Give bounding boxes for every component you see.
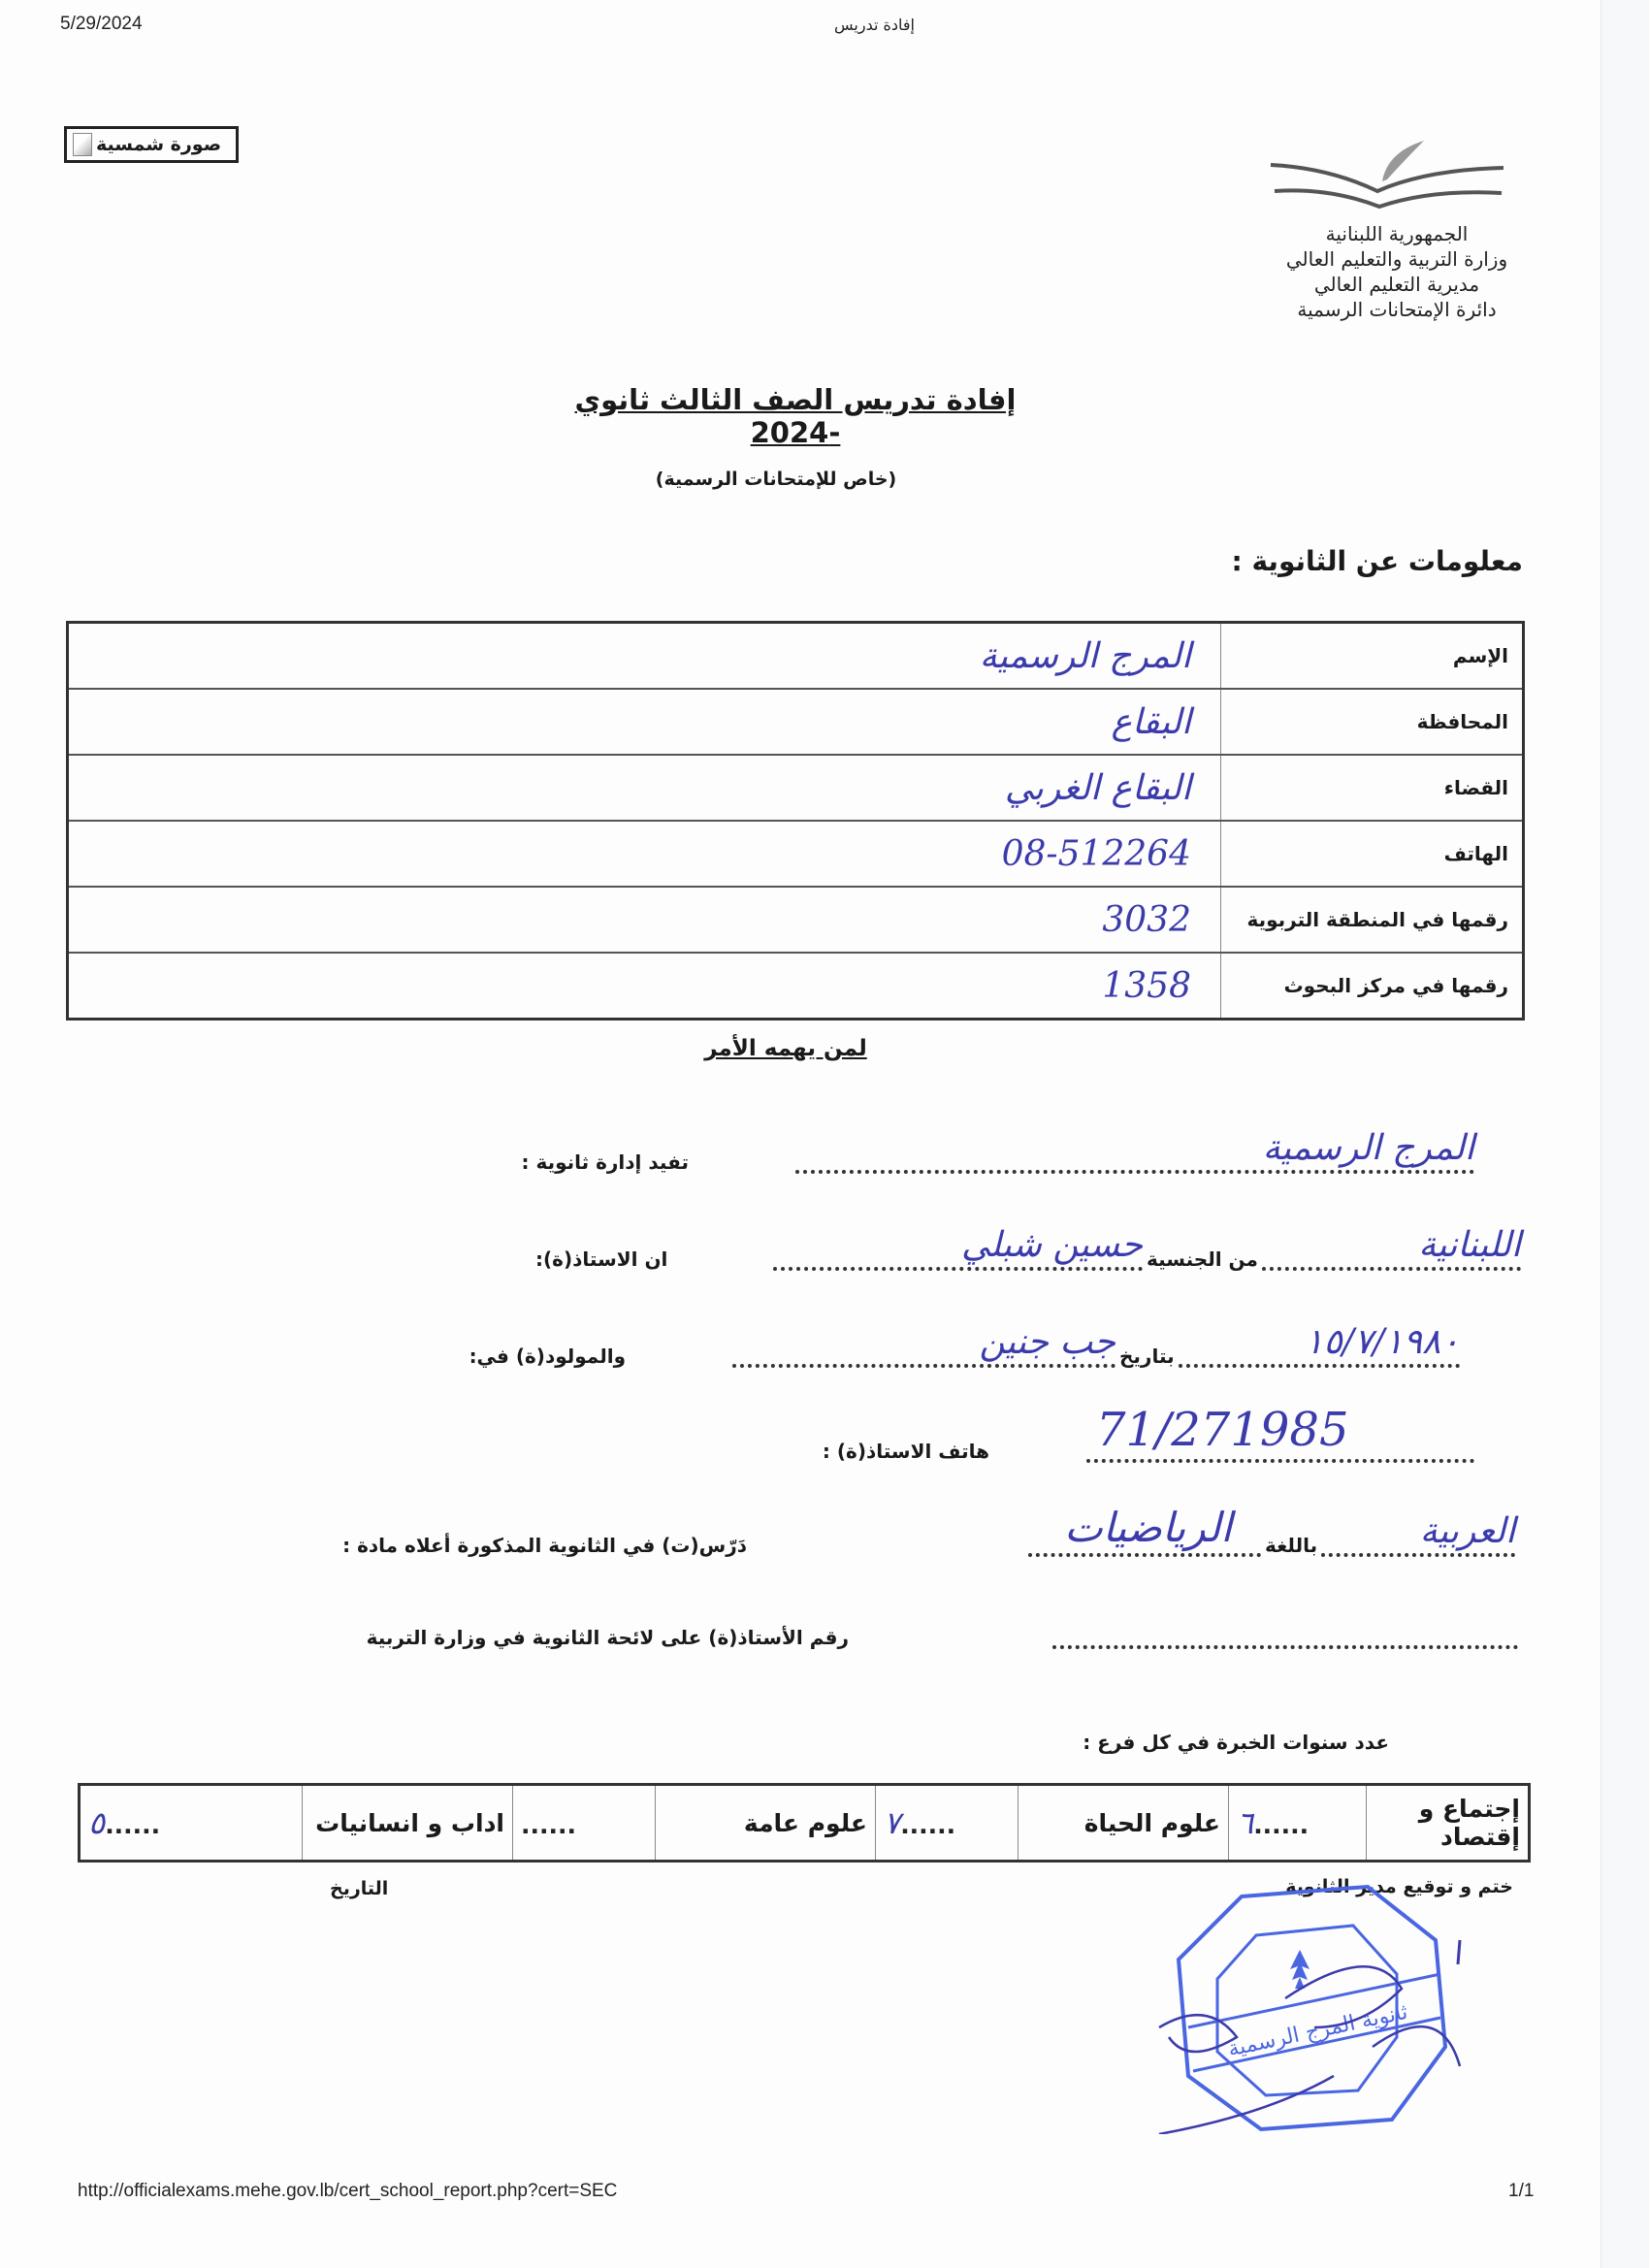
language-field[interactable]: العربية — [1321, 1553, 1515, 1557]
teacher-name-field[interactable]: حسين شبلي — [773, 1267, 1143, 1271]
image-icon — [73, 133, 92, 156]
ministry-line: الجمهورية اللبنانية — [1242, 221, 1552, 246]
subject-field[interactable]: الرياضيات — [1028, 1553, 1261, 1557]
school-stamp-icon: ثانوية المرج الرسمية — [1149, 1882, 1479, 2134]
birth-date-label: بتاريخ — [1115, 1345, 1179, 1368]
subject-label: دَرّس(ت) في الثانوية المذكورة أعلاه مادة… — [369, 1534, 747, 1557]
teacher-phone-line: هاتف الاستاذ(ة) : 71/271985 — [834, 1405, 1521, 1463]
birth-place-label: والمولود(ة) في: — [480, 1345, 626, 1368]
experience-label: عدد سنوات الخبرة في كل فرع : — [1067, 1731, 1389, 1754]
scan-edge — [1600, 0, 1649, 2268]
photo-placeholder: صورة شمسية — [64, 126, 239, 163]
teacher-label: ان الاستاذ(ة): — [524, 1247, 667, 1271]
branch-name: اداب و انسانيات — [303, 1785, 513, 1862]
print-page-title: إفادة تدريس — [834, 16, 915, 34]
row-label: رقمها في مركز البحوث — [1221, 953, 1524, 1020]
ministry-line: مديرية التعليم العالي — [1242, 272, 1552, 297]
document-subtitle: (خاص للإمتحانات الرسمية) — [621, 469, 931, 490]
ministry-line: دائرة الإمتحانات الرسمية — [1242, 297, 1552, 322]
school-line: تفيد إدارة ثانوية : المرج الرسمية — [543, 1116, 1521, 1174]
birth-date-field[interactable]: ١٥/٧/١٩٨٠ — [1179, 1364, 1460, 1368]
nationality-label: من الجنسية — [1143, 1247, 1262, 1271]
branch-name: إجتماع و إقتصاد — [1367, 1785, 1530, 1862]
row-label: الإسم — [1221, 623, 1524, 690]
print-date: 5/29/2024 — [60, 14, 143, 35]
subject-line: دَرّس(ت) في الثانوية المذكورة أعلاه مادة… — [369, 1499, 1521, 1557]
row-label: القضاء — [1221, 755, 1524, 821]
table-row: 3032 رقمها في المنطقة التربوية — [68, 887, 1524, 953]
teacher-phone-field[interactable]: 71/271985 — [1086, 1459, 1474, 1463]
teacher-number-line: رقم الأستاذ(ة) على لائحة الثانوية في وزا… — [393, 1591, 1521, 1649]
language-label: باللغة — [1261, 1534, 1321, 1557]
branch-years-field[interactable]: ...... — [513, 1785, 656, 1862]
nationality-field[interactable]: اللبنانية — [1262, 1267, 1521, 1271]
photo-label: صورة شمسية — [96, 134, 221, 155]
ministry-logo-icon — [1261, 131, 1513, 223]
document-title: إفادة تدريس الصف الثالث ثانوي -2024 — [543, 383, 1048, 449]
table-row: 08-512264 الهاتف — [68, 821, 1524, 887]
school-info-heading: معلومات عن الثانوية : — [1067, 545, 1523, 577]
to-whom-heading: لمن يهمه الأمر — [679, 1036, 892, 1061]
branch-years-field[interactable]: ......٥ — [80, 1785, 303, 1862]
page-number: 1/1 — [1508, 2181, 1534, 2202]
branch-name: علوم عامة — [656, 1785, 876, 1862]
ministry-line: وزارة التربية والتعليم العالي — [1242, 246, 1552, 272]
table-row: البقاع المحافظة — [68, 689, 1524, 755]
school-label: تفيد إدارة ثانوية : — [543, 1150, 689, 1174]
row-label: المحافظة — [1221, 689, 1524, 755]
teacher-phone-label: هاتف الاستاذ(ة) : — [834, 1440, 989, 1463]
school-field[interactable]: المرج الرسمية — [795, 1170, 1474, 1174]
date-label: التاريخ — [330, 1878, 388, 1899]
edu-zone-number-value[interactable]: 3032 — [68, 887, 1221, 953]
school-name-value[interactable]: المرج الرسمية — [68, 623, 1221, 690]
governorate-value[interactable]: البقاع — [68, 689, 1221, 755]
branch-name: علوم الحياة — [1018, 1785, 1229, 1862]
table-row: إجتماع و إقتصاد ......٦ علوم الحياة ....… — [80, 1785, 1530, 1862]
table-row: البقاع الغربي القضاء — [68, 755, 1524, 821]
school-info-table: المرج الرسمية الإسم البقاع المحافظة البق… — [66, 621, 1525, 1021]
table-row: 1358 رقمها في مركز البحوث — [68, 953, 1524, 1020]
birth-line: والمولود(ة) في: جب جنين بتاريخ ١٥/٧/١٩٨٠ — [480, 1310, 1521, 1368]
teacher-number-label: رقم الأستاذ(ة) على لائحة الثانوية في وزا… — [393, 1626, 849, 1649]
row-label: رقمها في المنطقة التربوية — [1221, 887, 1524, 953]
research-center-number-value[interactable]: 1358 — [68, 953, 1221, 1020]
table-row: المرج الرسمية الإسم — [68, 623, 1524, 690]
source-url: http://officialexams.mehe.gov.lb/cert_sc… — [78, 2181, 617, 2202]
experience-table: إجتماع و إقتصاد ......٦ علوم الحياة ....… — [78, 1783, 1531, 1863]
branch-years-field[interactable]: ......٧ — [876, 1785, 1018, 1862]
birth-place-field[interactable]: جب جنين — [732, 1364, 1115, 1368]
teacher-line: ان الاستاذ(ة): حسين شبلي من الجنسية اللب… — [524, 1213, 1521, 1271]
ministry-header: الجمهورية اللبنانية وزارة التربية والتعل… — [1242, 221, 1552, 322]
row-label: الهاتف — [1221, 821, 1524, 887]
district-value[interactable]: البقاع الغربي — [68, 755, 1221, 821]
branch-years-field[interactable]: ......٦ — [1229, 1785, 1367, 1862]
teacher-number-field[interactable] — [1052, 1645, 1518, 1649]
phone-value[interactable]: 08-512264 — [68, 821, 1221, 887]
